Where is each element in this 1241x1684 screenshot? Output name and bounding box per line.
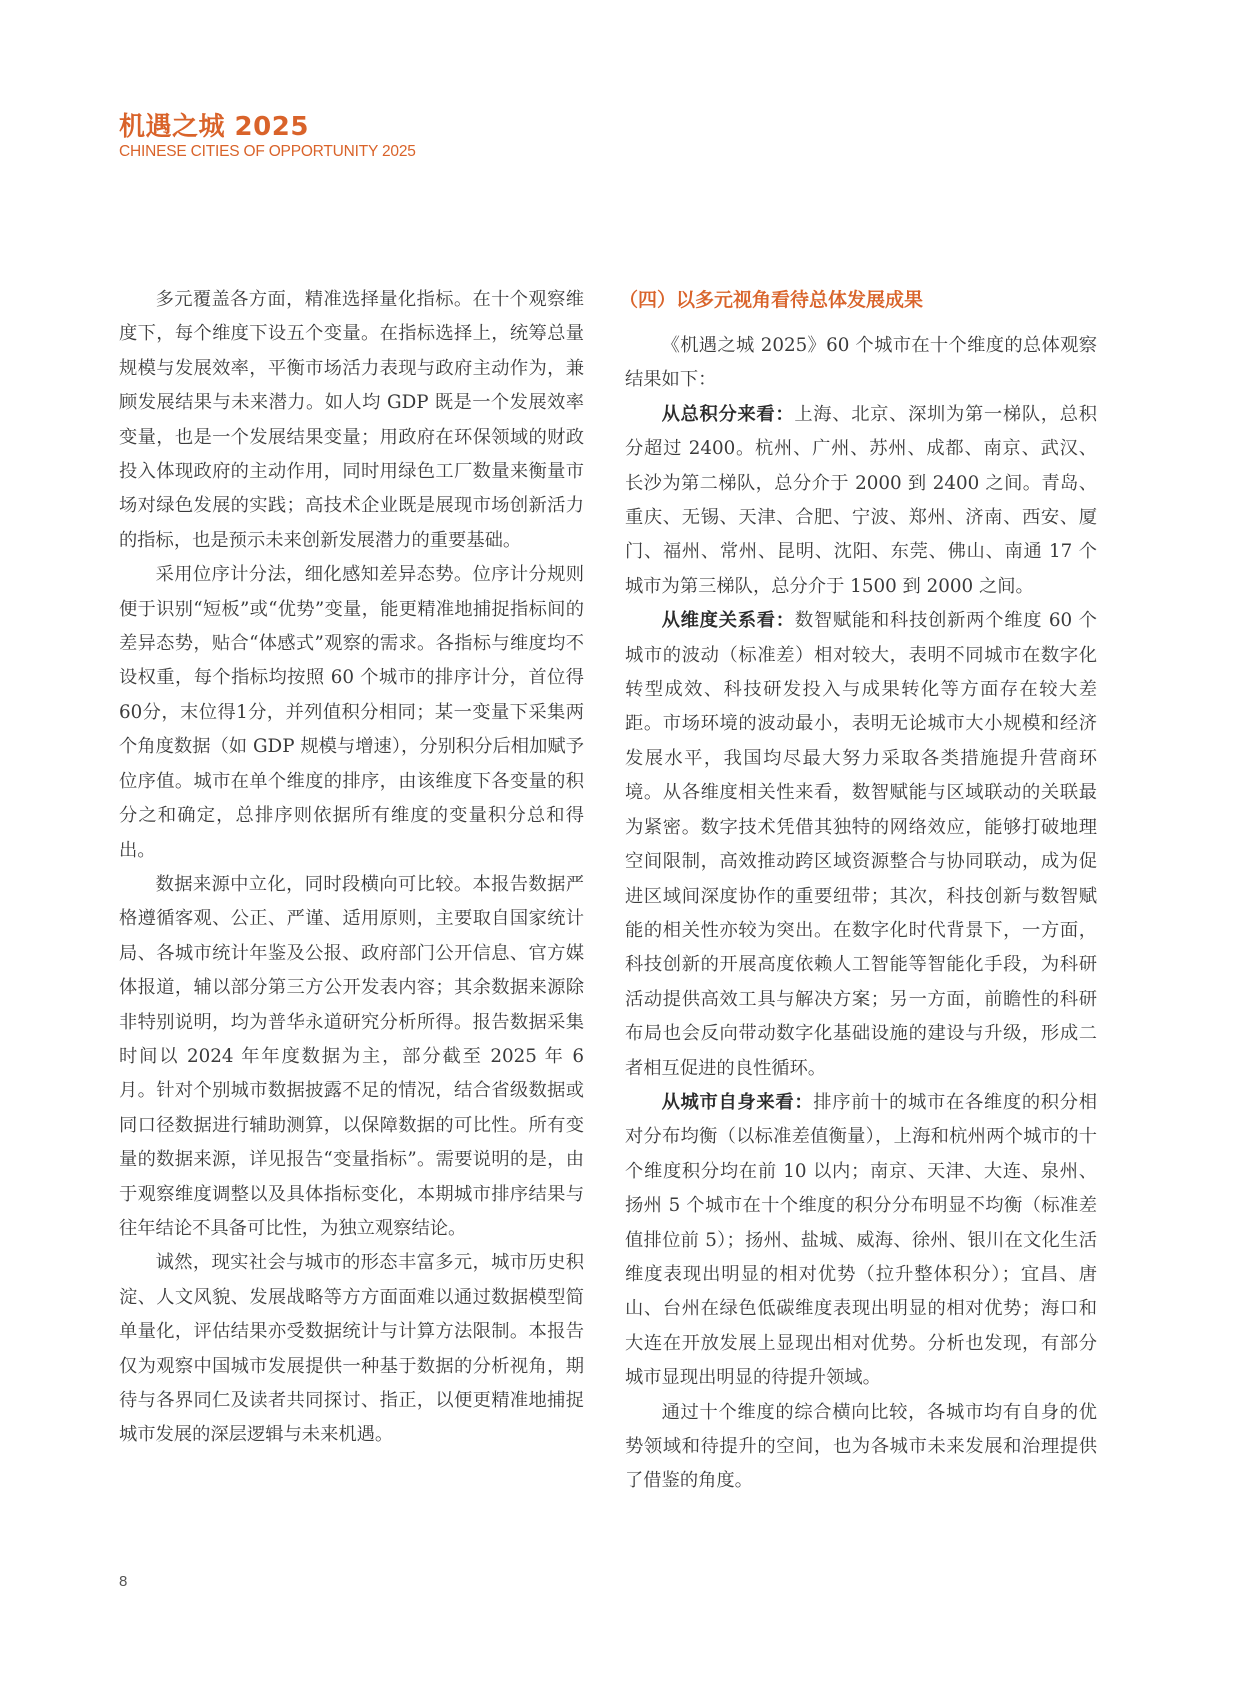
finding-label: 从城市自身来看： <box>662 1092 814 1113</box>
paragraph-disclaimer: 诚然，现实社会与城市的形态丰富多元，城市历史积淀、人文风貌、发展战略等方方面面难… <box>119 1246 584 1452</box>
report-header: 机遇之城 2025 CHINESE CITIES OF OPPORTUNITY … <box>119 112 416 161</box>
paragraph-closing: 通过十个维度的综合横向比较，各城市均有自身的优势领域和待提升的空间，也为各城市未… <box>625 1396 1097 1499</box>
finding-label: 从维度关系看： <box>662 610 795 631</box>
finding-city-self: 从城市自身来看：排序前十的城市在各维度的积分相对分布均衡（以标准差值衡量），上海… <box>625 1086 1097 1396</box>
paragraph-scoring-method: 采用位序计分法，细化感知差异态势。位序计分规则便于识别“短板”或“优势”变量，能… <box>119 558 584 868</box>
page-number: 8 <box>119 1573 127 1590</box>
report-subtitle: CHINESE CITIES OF OPPORTUNITY 2025 <box>119 143 416 161</box>
report-title: 机遇之城 2025 <box>119 112 416 142</box>
section-heading: （四）以多元视角看待总体发展成果 <box>619 283 1097 317</box>
paragraph-data-sources: 数据来源中立化，同时段横向可比较。本报告数据严格遵循客观、公正、严谨、适用原则，… <box>119 868 584 1246</box>
finding-dimension-relations: 从维度关系看：数智赋能和科技创新两个维度 60 个城市的波动（标准差）相对较大，… <box>625 604 1097 1086</box>
finding-label: 从总积分来看： <box>662 404 795 425</box>
paragraph-indicators: 多元覆盖各方面，精准选择量化指标。在十个观察维度下，每个维度下设五个变量。在指标… <box>119 283 584 558</box>
right-column: （四）以多元视角看待总体发展成果 《机遇之城 2025》60 个城市在十个维度的… <box>625 283 1097 1499</box>
finding-text: 排序前十的城市在各维度的积分相对分布均衡（以标准差值衡量），上海和杭州两个城市的… <box>625 1092 1097 1388</box>
finding-text: 上海、北京、深圳为第一梯队，总积分超过 2400。杭州、广州、苏州、成都、南京、… <box>625 404 1097 597</box>
finding-total-score: 从总积分来看：上海、北京、深圳为第一梯队，总积分超过 2400。杭州、广州、苏州… <box>625 398 1097 604</box>
left-column: 多元覆盖各方面，精准选择量化指标。在十个观察维度下，每个维度下设五个变量。在指标… <box>119 283 584 1453</box>
paragraph-intro: 《机遇之城 2025》60 个城市在十个维度的总体观察结果如下： <box>625 329 1097 398</box>
finding-text: 数智赋能和科技创新两个维度 60 个城市的波动（标准差）相对较大，表明不同城市在… <box>625 610 1097 1078</box>
